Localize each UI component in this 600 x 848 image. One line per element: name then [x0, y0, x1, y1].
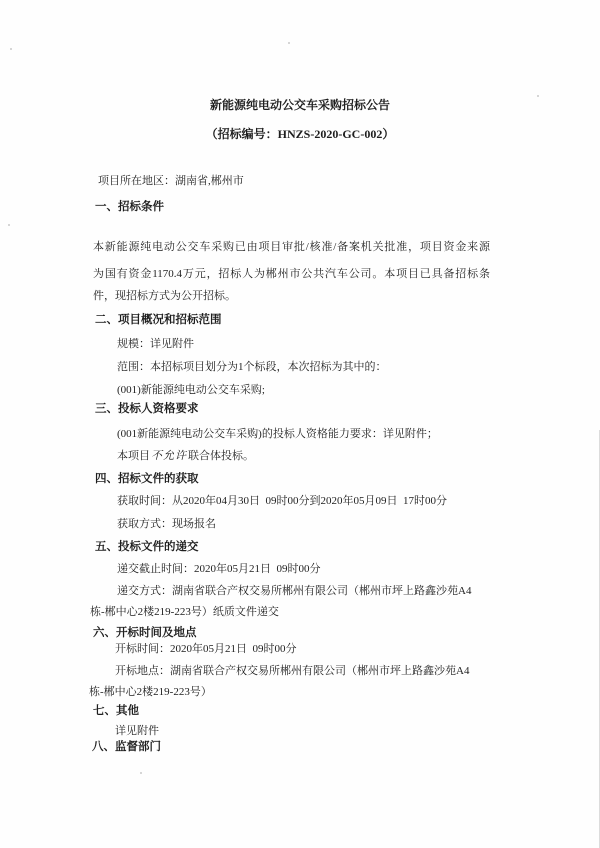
scan-speck	[288, 42, 290, 44]
qualification-line: (001新能源纯电动公交车采购)的投标人资格能力要求：详见附件；	[117, 427, 438, 442]
joint-venture-suffix: 联合体投标。	[188, 450, 254, 462]
section-1-heading: 一、招标条件	[95, 200, 164, 215]
obtain-method-line: 获取方式：现场报名	[117, 517, 216, 532]
scope-line: 范围：本招标项目划分为1个标段，本次招标为其中的：	[117, 360, 387, 375]
section-5-heading: 五、投标文件的递交	[95, 540, 199, 555]
bid-opening-place-line-continued: 栋-郴中心2楼219-223号）	[89, 685, 212, 700]
lot-line: (001)新能源纯电动公交车采购;	[117, 383, 265, 398]
joint-venture-emphasis: 不允许	[150, 450, 188, 462]
section-8-heading: 八、监督部门	[92, 740, 161, 755]
section-3-heading: 三、投标人资格要求	[95, 402, 199, 417]
tender-conditions-paragraph-line-3: 件，现招标方式为公开招标。	[93, 289, 236, 304]
scale-line: 规模：详见附件	[117, 337, 194, 352]
document-title: 新能源纯电动公交车采购招标公告	[0, 97, 600, 113]
scan-speck	[10, 48, 12, 50]
joint-venture-line: 本项目不允许联合体投标。	[117, 449, 254, 464]
tender-number: （招标编号：HNZS-2020-GC-002）	[0, 126, 600, 142]
section-7-heading: 七、其他	[93, 704, 139, 719]
project-location-line: 项目所在地区：湖南省,郴州市	[98, 174, 244, 189]
bid-opening-time-line: 开标时间：2020年05月21日 09时00分	[115, 642, 297, 657]
tender-conditions-paragraph-line-1: 本新能源纯电动公交车采购已由项目审批/核准/备案机关批准，项目资金来源	[93, 240, 490, 255]
obtain-time-line: 获取时间：从2020年04月30日 09时00分到2020年05月09日 17时…	[117, 494, 447, 509]
submission-method-line: 递交方式：湖南省联合产权交易所郴州有限公司（郴州市坪上路鑫沙苑A4	[117, 584, 471, 599]
other-detail-line: 详见附件	[115, 724, 159, 739]
bid-opening-place-line: 开标地点：湖南省联合产权交易所郴州有限公司（郴州市坪上路鑫沙苑A4	[115, 664, 469, 679]
tender-announcement-page: 新能源纯电动公交车采购招标公告 （招标编号：HNZS-2020-GC-002） …	[0, 0, 600, 848]
section-6-heading: 六、开标时间及地点	[93, 626, 197, 641]
tender-conditions-paragraph-line-2: 为国有资金1170.4万元，招标人为郴州市公共汽车公司。本项目已具备招标条	[93, 267, 490, 282]
section-4-heading: 四、招标文件的获取	[95, 472, 199, 487]
joint-venture-prefix: 本项目	[117, 450, 150, 462]
submission-method-line-continued: 栋-郴中心2楼219-223号）纸质文件递交	[90, 605, 279, 620]
section-2-heading: 二、项目概况和招标范围	[95, 313, 222, 328]
scan-speck	[8, 224, 10, 226]
scan-speck	[140, 772, 142, 774]
submission-deadline-line: 递交截止时间：2020年05月21日 09时00分	[117, 562, 321, 577]
